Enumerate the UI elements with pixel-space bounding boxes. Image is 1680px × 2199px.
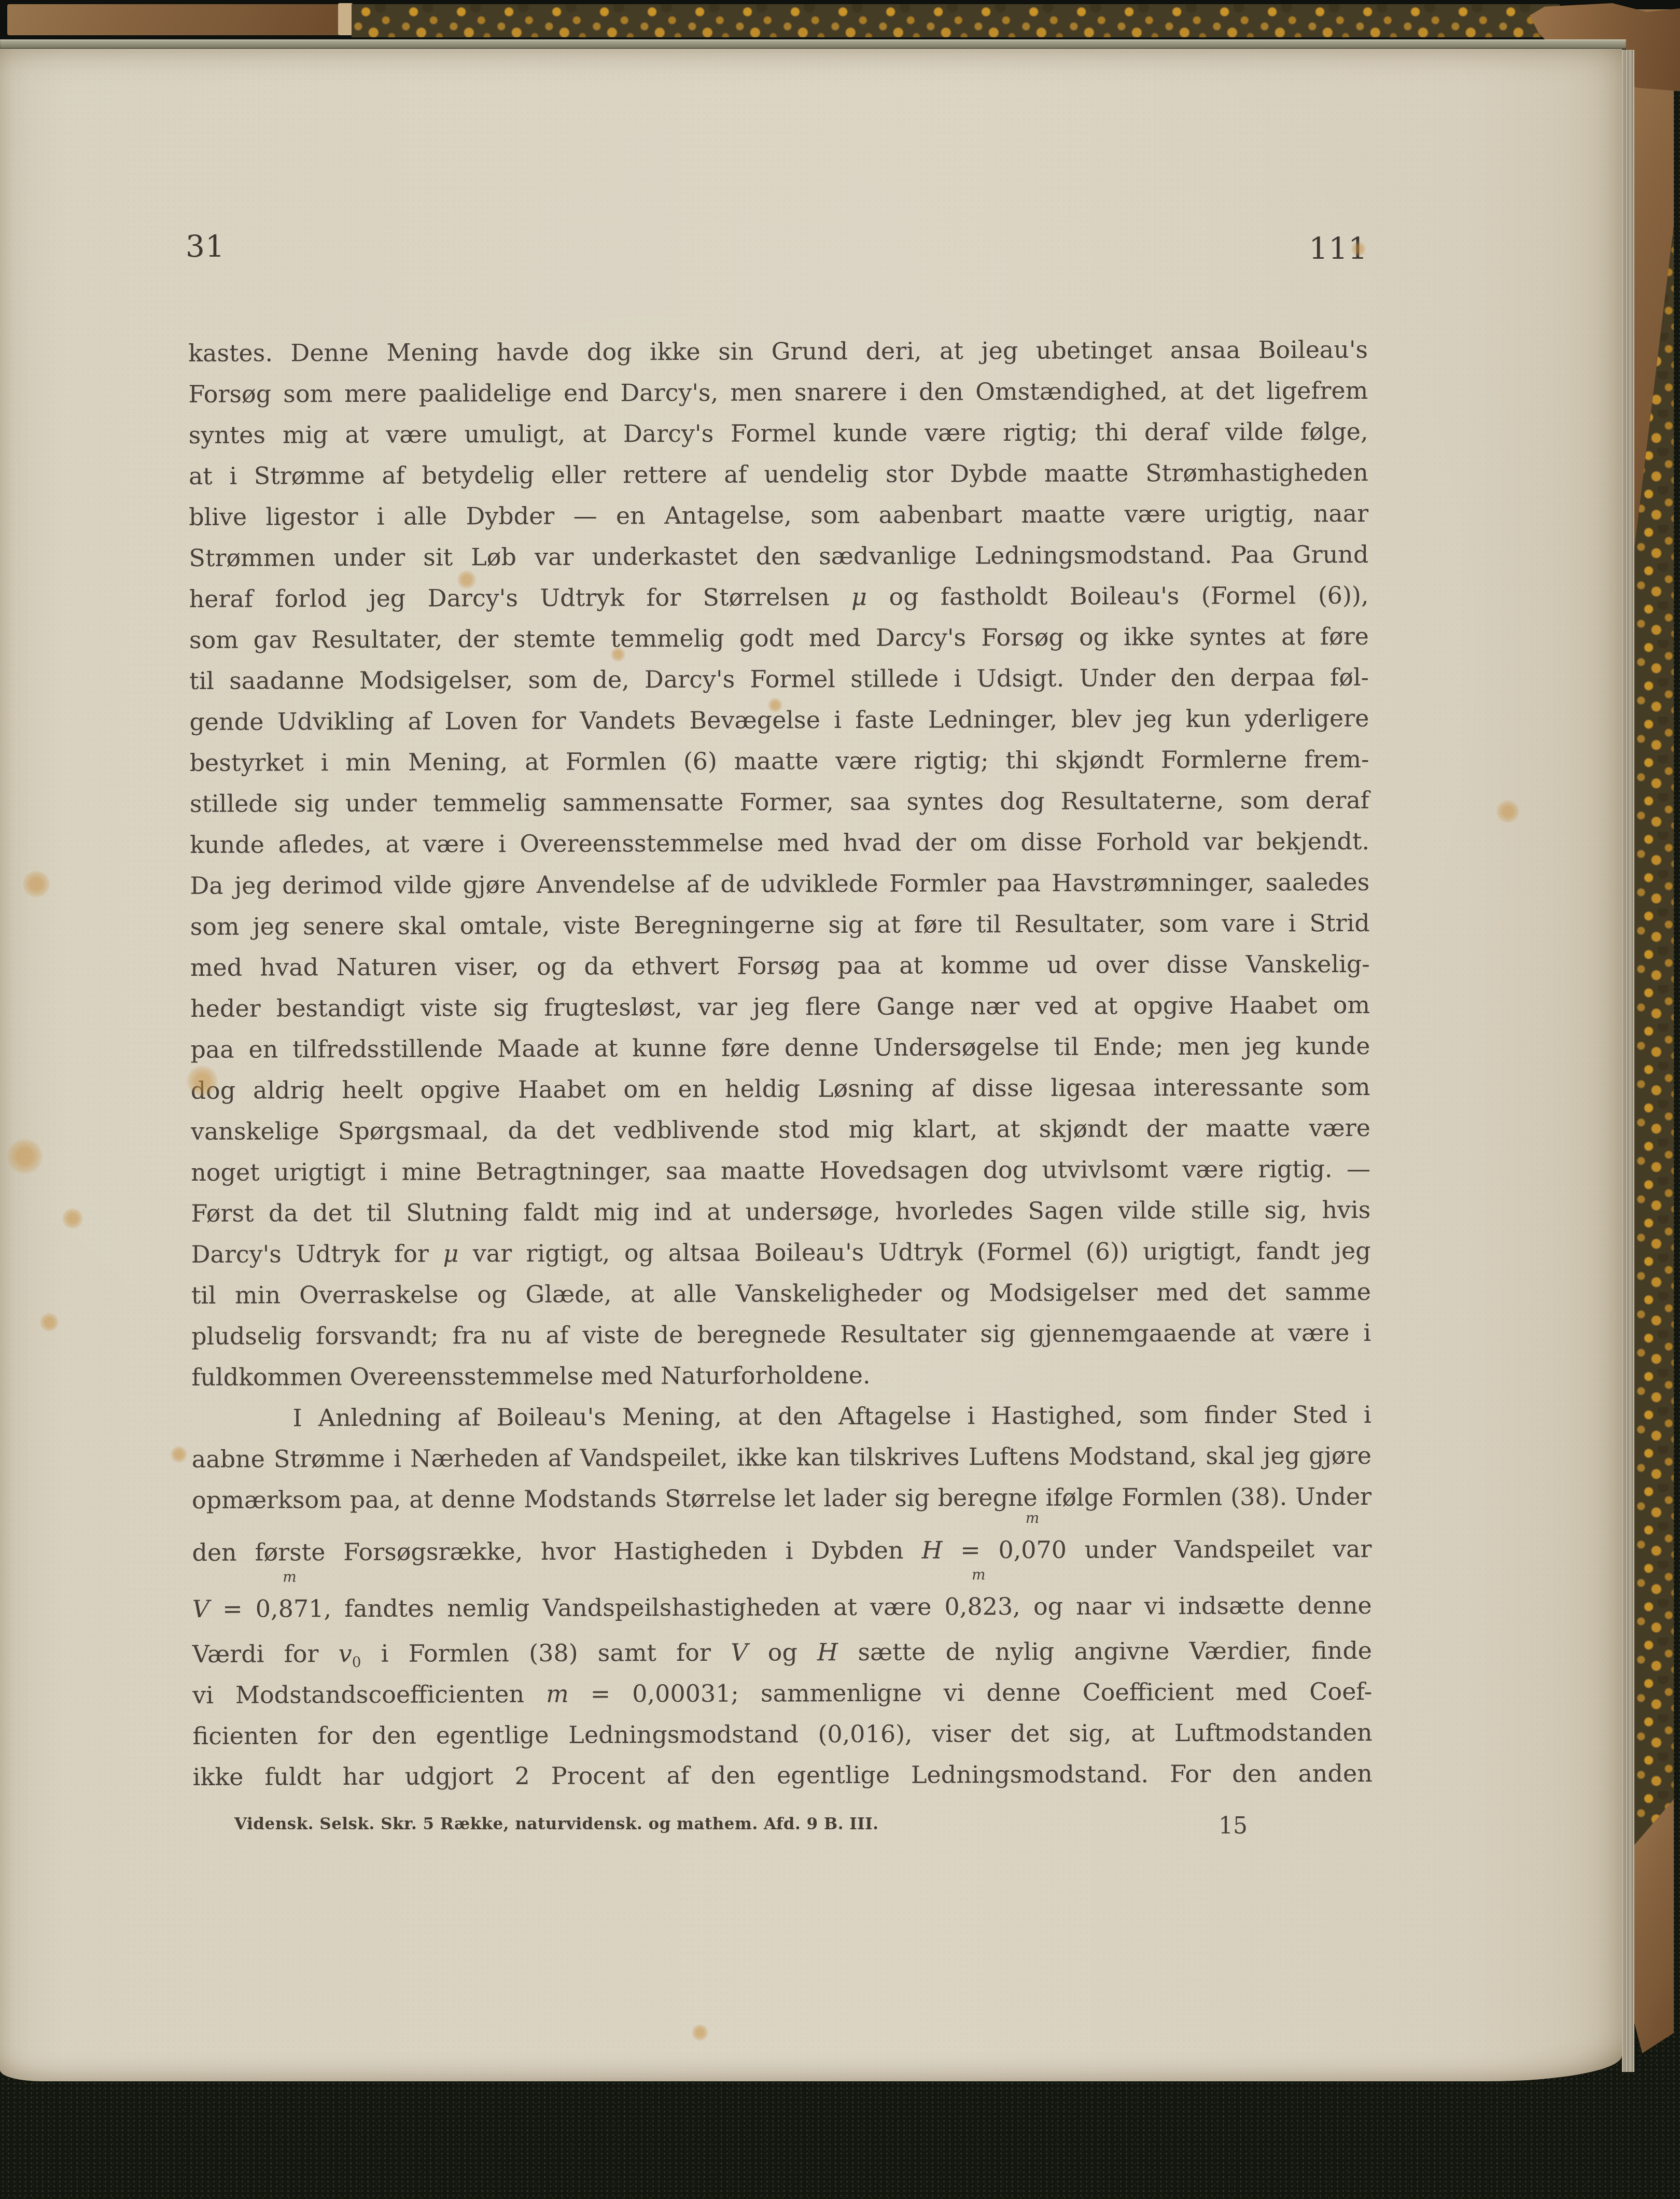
text-line: opmærksom paa, at denne Modstands Større… — [192, 1476, 1371, 1521]
text-line: heder bestandigt viste sig frugtesløst, … — [190, 985, 1370, 1029]
text-line: Darcy's Udtryk for μ var rigtigt, og alt… — [191, 1230, 1370, 1275]
cover-divider — [338, 3, 353, 35]
page-edge-top — [0, 39, 1626, 50]
text-line: gende Udvikling af Loven for Vandets Bev… — [189, 698, 1369, 743]
text-line: heraf forlod jeg Darcy's Udtryk for Stør… — [189, 575, 1368, 620]
text-line: Da jeg derimod vilde gjøre Anvendelse af… — [190, 862, 1369, 906]
series-footer: Vidensk. Selsk. Skr. 5 Række, naturviden… — [234, 1815, 879, 1833]
marbled-cover-strip — [352, 4, 1560, 37]
text-line: Strømmen under sit Løb var underkastet d… — [189, 534, 1368, 579]
text-line: som gav Resultater, der stemte temmelig … — [189, 616, 1369, 661]
page-number-left: 31 — [186, 231, 225, 261]
text-line: noget urigtigt i mine Betragtninger, saa… — [191, 1148, 1370, 1193]
text-line: fuldkommen Overeensstemmelse med Naturfo… — [191, 1353, 1371, 1398]
text-line: vanskelige Spørgsmaal, da det vedblivend… — [191, 1108, 1370, 1152]
text-line: stillede sig under temmelig sammensatte … — [190, 780, 1369, 824]
text-line: ficienten for den egentlige Ledningsmods… — [192, 1712, 1372, 1757]
foxing-spot — [40, 1313, 59, 1332]
foxing-spot — [692, 2024, 708, 2041]
text-line: paa en tilfredsstillende Maade at kunne … — [190, 1026, 1370, 1070]
page-edge-right — [1622, 50, 1634, 2072]
text-line: kunde afledes, at være i Overeensstemmel… — [190, 821, 1369, 865]
text-line: til saadanne Modsigelser, som de, Darcy'… — [189, 657, 1369, 702]
text-line: Forsøg som mere paalidelige end Darcy's,… — [188, 370, 1368, 415]
text-line-with-superscript: den første Forsøgsrække, hvor Hastighede… — [192, 1529, 1371, 1573]
text-line: pludselig forsvandt; fra nu af viste de … — [191, 1312, 1371, 1357]
book-cover-top-band — [0, 0, 1680, 41]
text-line: syntes mig at være umuligt, at Darcy's F… — [188, 411, 1368, 456]
scanned-book-page: 31 111 kastes. Denne Mening havde dog ik… — [0, 0, 1680, 2199]
text-line: vi Modstandscoefficienten m = 0,00031; s… — [192, 1671, 1372, 1716]
text-line: bestyrket i min Mening, at Formlen (6) m… — [189, 739, 1369, 783]
leather-spine-strip — [7, 4, 339, 35]
body-text: kastes. Denne Mening havde dog ikke sin … — [188, 329, 1373, 1798]
text-line: til min Overraskelse og Glæde, at alle V… — [191, 1271, 1371, 1316]
text-line: Først da det til Slutning faldt mig ind … — [191, 1189, 1370, 1234]
foxing-spot — [171, 1446, 187, 1463]
foxing-spot — [1496, 800, 1519, 823]
text-line-with-superscript: V = m0,871, fandtes nemlig Vandspeilshas… — [192, 1585, 1372, 1630]
text-line: at i Strømme af betydelig eller rettere … — [189, 452, 1368, 497]
text-line: ikke fuldt har udgjort 2 Procent af den … — [193, 1753, 1373, 1798]
text-line-paragraph-start: I Anledning af Boileau's Mening, at den … — [191, 1394, 1371, 1439]
book-page: 31 111 kastes. Denne Mening havde dog ik… — [0, 49, 1622, 2081]
text-line: blive ligestor i alle Dybder — en Antage… — [189, 493, 1368, 538]
text-line: dog aldrig heelt opgive Haabet om en hel… — [190, 1067, 1370, 1111]
text-line: aabne Strømme i Nærheden af Vandspeilet,… — [192, 1435, 1371, 1480]
foxing-spot — [23, 871, 50, 898]
foxing-spot — [7, 1139, 43, 1174]
text-line: Værdi for v0 i Formlen (38) samt for V o… — [192, 1630, 1372, 1675]
foxing-spot — [62, 1208, 83, 1229]
text-line: kastes. Denne Mening havde dog ikke sin … — [188, 329, 1368, 374]
sheet-signature-number: 15 — [1219, 1813, 1270, 1839]
text-line: som jeg senere skal omtale, viste Beregn… — [190, 903, 1369, 947]
page-number-right: 111 — [1294, 233, 1368, 263]
text-line: med hvad Naturen viser, og da ethvert Fo… — [190, 944, 1370, 988]
